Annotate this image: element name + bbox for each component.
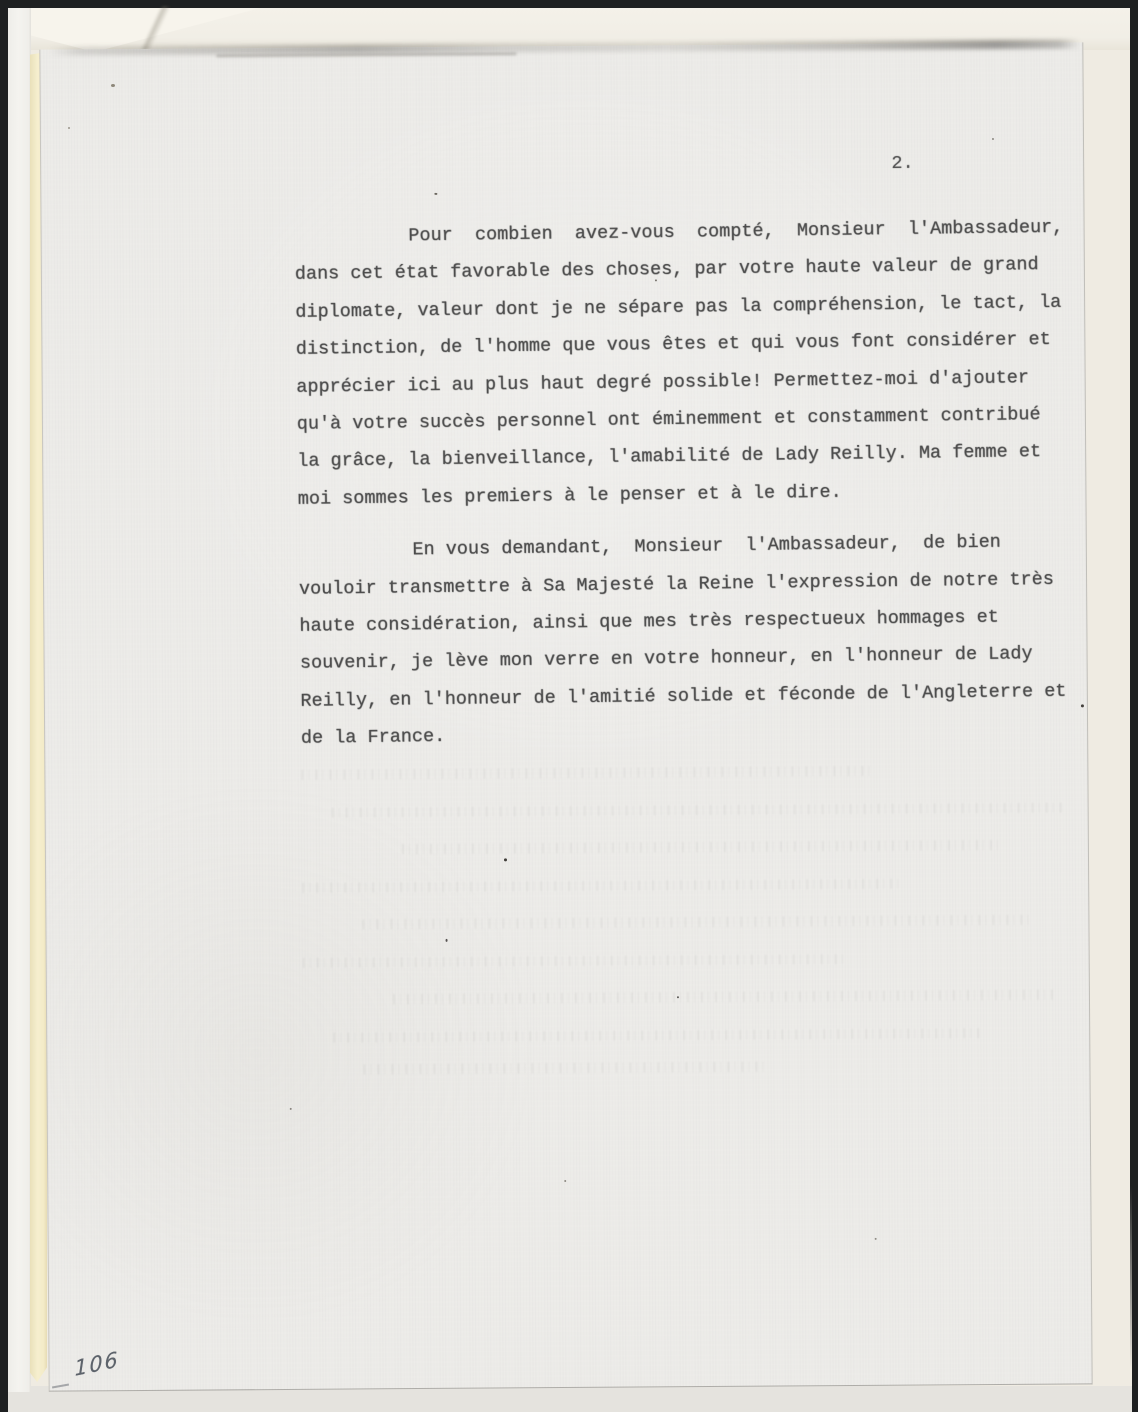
dust-speck bbox=[446, 939, 448, 942]
letter-body: Pour combien avez-vous compté, Monsieur … bbox=[294, 209, 1091, 758]
dust-speck bbox=[290, 1108, 292, 1110]
dust-speck bbox=[68, 127, 70, 129]
dust-speck bbox=[504, 858, 507, 861]
document-page: 2. Pour combien avez-vous compté, Monsie… bbox=[39, 42, 1092, 1391]
paragraph: Pour combien avez-vous compté, Monsieur … bbox=[294, 209, 1088, 519]
scanner-edge bbox=[1130, 0, 1138, 1412]
scanned-letter-page: 2. Pour combien avez-vous compté, Monsie… bbox=[0, 0, 1138, 1412]
previous-page-edge bbox=[8, 8, 31, 1392]
dust-speck bbox=[677, 996, 679, 998]
dust-speck bbox=[992, 138, 994, 140]
dust-speck bbox=[875, 1238, 877, 1240]
dust-speck bbox=[111, 84, 115, 87]
dust-speck bbox=[564, 1180, 566, 1182]
page-number: 2. bbox=[891, 153, 913, 174]
typewritten-text: 2. Pour combien avez-vous compté, Monsie… bbox=[38, 39, 1097, 1394]
dust-speck bbox=[655, 279, 657, 281]
paragraph: En vous demandant, Monsieur l'Ambassadeu… bbox=[298, 523, 1091, 758]
dust-speck bbox=[1081, 704, 1084, 707]
dust-speck bbox=[434, 193, 437, 195]
